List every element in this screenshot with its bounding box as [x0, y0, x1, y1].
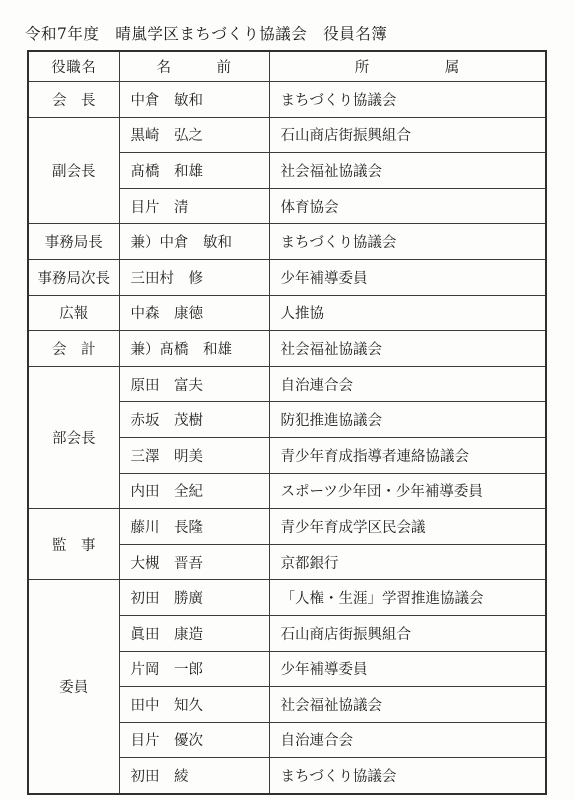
- name-cell: 初田 綾: [119, 758, 269, 794]
- name-cell: 赤坂 茂樹: [119, 402, 269, 438]
- scanned-document-page: 令和7年度 晴嵐学区まちづくり協議会 役員名簿 役職名 名 前 所 属 会 長中…: [0, 0, 575, 800]
- document-title: 令和7年度 晴嵐学区まちづくり協議会 役員名簿: [25, 22, 387, 44]
- affiliation-cell: 少年補導委員: [269, 259, 546, 295]
- position-cell: 委員: [28, 580, 119, 794]
- affiliation-cell: 社会福祉協議会: [269, 687, 546, 723]
- affiliation-cell: 防犯推進協議会: [269, 402, 546, 438]
- name-cell: 三澤 明美: [119, 437, 269, 473]
- affiliation-cell: 青少年育成学区民会議: [269, 509, 546, 545]
- position-cell: 副会長: [28, 117, 119, 224]
- affiliation-cell: 社会福祉協議会: [269, 331, 546, 367]
- column-header-name: 名 前: [119, 51, 269, 82]
- table-row: 部会長原田 富夫自治連合会: [28, 366, 546, 402]
- affiliation-cell: まちづくり協議会: [269, 758, 546, 794]
- affiliation-cell: 体育協会: [269, 188, 546, 224]
- affiliation-cell: 「人権・生涯」学習推進協議会: [269, 580, 546, 616]
- affiliation-cell: スポーツ少年団・少年補導委員: [269, 473, 546, 509]
- table-header-row: 役職名 名 前 所 属: [28, 51, 546, 82]
- position-cell: 事務局長: [28, 224, 119, 260]
- affiliation-cell: 京都銀行: [269, 544, 546, 580]
- name-cell: 眞田 康造: [119, 615, 269, 651]
- column-header-affiliation: 所 属: [269, 51, 546, 82]
- affiliation-cell: 人推協: [269, 295, 546, 331]
- affiliation-cell: 社会福祉協議会: [269, 153, 546, 189]
- affiliation-cell: 青少年育成指導者連絡協議会: [269, 437, 546, 473]
- table-row: 監 事藤川 長隆青少年育成学区民会議: [28, 509, 546, 545]
- name-cell: 田中 知久: [119, 687, 269, 723]
- name-cell: 藤川 長隆: [119, 509, 269, 545]
- position-cell: 広報: [28, 295, 119, 331]
- name-cell: 黒崎 弘之: [119, 117, 269, 153]
- name-cell: 中森 康徳: [119, 295, 269, 331]
- position-cell: 事務局次長: [28, 259, 119, 295]
- table-row: 事務局長兼）中倉 敏和まちづくり協議会: [28, 224, 546, 260]
- name-cell: 片岡 一郎: [119, 651, 269, 687]
- name-cell: 原田 富夫: [119, 366, 269, 402]
- affiliation-cell: 自治連合会: [269, 722, 546, 758]
- name-cell: 内田 全紀: [119, 473, 269, 509]
- table-row: 委員初田 勝廣「人権・生涯」学習推進協議会: [28, 580, 546, 616]
- affiliation-cell: まちづくり協議会: [269, 82, 546, 118]
- affiliation-cell: 少年補導委員: [269, 651, 546, 687]
- table-row: 会 計兼）髙橋 和雄社会福祉協議会: [28, 331, 546, 367]
- position-cell: 部会長: [28, 366, 119, 508]
- table-row: 会 長中倉 敏和まちづくり協議会: [28, 82, 546, 118]
- position-cell: 監 事: [28, 509, 119, 580]
- roster-table: 役職名 名 前 所 属 会 長中倉 敏和まちづくり協議会副会長黒崎 弘之石山商店…: [27, 50, 547, 795]
- name-cell: 初田 勝廣: [119, 580, 269, 616]
- name-cell: 三田村 修: [119, 259, 269, 295]
- table-row: 事務局次長三田村 修少年補導委員: [28, 259, 546, 295]
- table-row: 副会長黒崎 弘之石山商店街振興組合: [28, 117, 546, 153]
- affiliation-cell: 石山商店街振興組合: [269, 615, 546, 651]
- position-cell: 会 計: [28, 331, 119, 367]
- name-cell: 兼）中倉 敏和: [119, 224, 269, 260]
- name-cell: 中倉 敏和: [119, 82, 269, 118]
- roster-table-body: 会 長中倉 敏和まちづくり協議会副会長黒崎 弘之石山商店街振興組合髙橋 和雄社会…: [28, 82, 546, 794]
- table-row: 広報中森 康徳人推協: [28, 295, 546, 331]
- name-cell: 目片 優次: [119, 722, 269, 758]
- affiliation-cell: 石山商店街振興組合: [269, 117, 546, 153]
- name-cell: 兼）髙橋 和雄: [119, 331, 269, 367]
- name-cell: 目片 清: [119, 188, 269, 224]
- position-cell: 会 長: [28, 82, 119, 118]
- name-cell: 髙橋 和雄: [119, 153, 269, 189]
- affiliation-cell: まちづくり協議会: [269, 224, 546, 260]
- column-header-position: 役職名: [28, 51, 119, 82]
- affiliation-cell: 自治連合会: [269, 366, 546, 402]
- name-cell: 大槻 晋吾: [119, 544, 269, 580]
